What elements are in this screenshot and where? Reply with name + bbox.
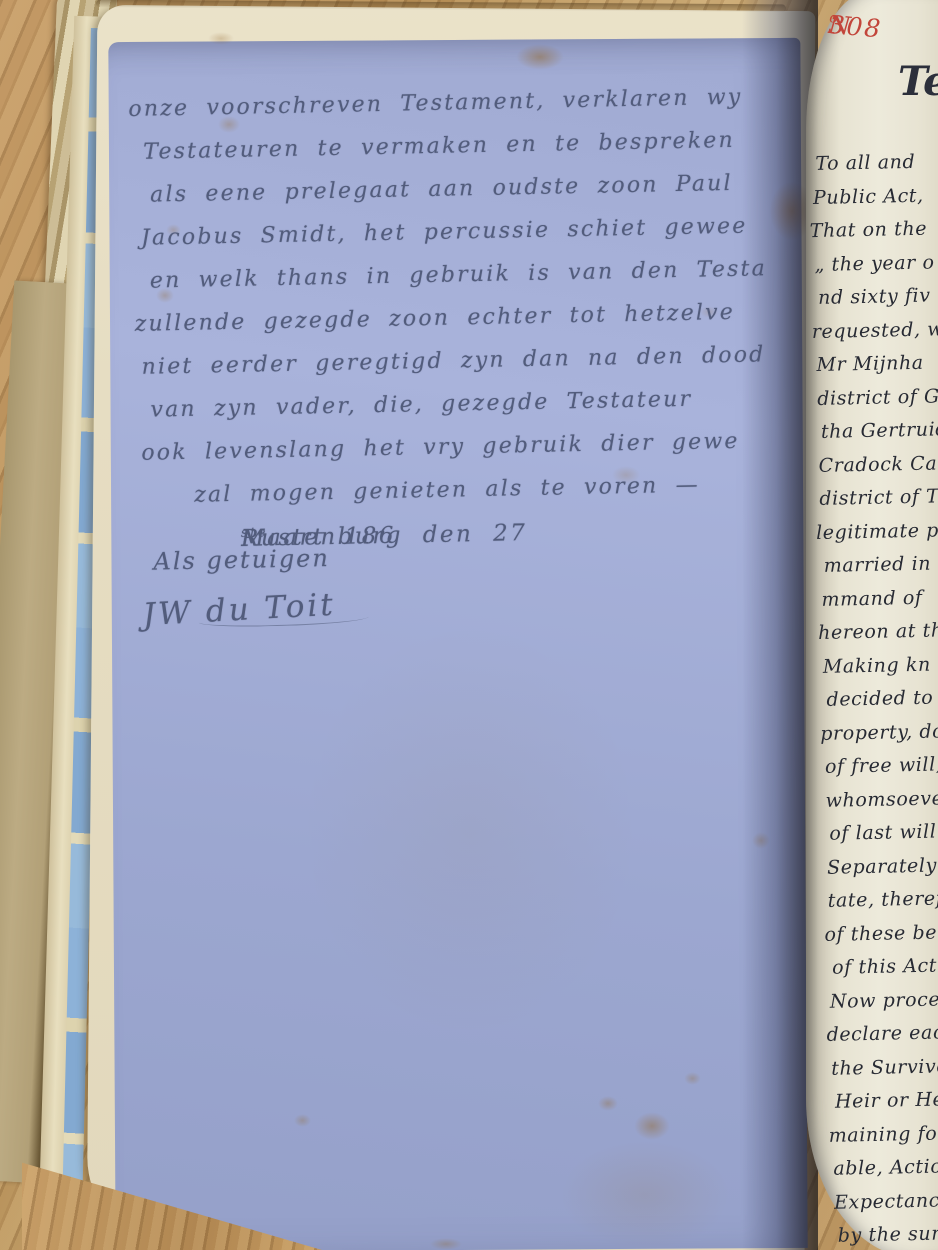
handwriting-line-fragment: Expectancies <box>834 1183 938 1220</box>
handwriting-line-fragment: district of T <box>819 479 938 516</box>
handwriting-line-fragment: of these be of <box>824 915 938 952</box>
handwriting-line-fragment: „ the year o <box>814 245 938 282</box>
folio-value: 308 <box>827 10 883 44</box>
handwriting-line-fragment: decided to dis <box>826 680 938 717</box>
handwriting-line-fragment: Now proceede <box>830 982 938 1019</box>
handwriting-line-fragment: Mr Mijnha <box>816 345 938 382</box>
handwriting-line-fragment: of free will, <box>825 747 938 784</box>
handwriting-line-fragment: maining fo <box>828 1116 938 1153</box>
right-page-heading-fragment: Te <box>898 58 938 105</box>
photo-scene: onze voorschreven Testament, verklaren w… <box>0 0 938 1250</box>
handwriting-line-fragment: mmand of <box>821 580 938 617</box>
date-line: Rustenburg den 27ste Maart 186 <box>241 515 797 526</box>
handwriting-line-fragment: the Survivor <box>831 1049 938 1086</box>
handwriting-line-fragment: tate, therefo <box>827 881 938 918</box>
handwriting-line-fragment: able, Actions <box>833 1149 938 1186</box>
dutch-text-block: onze voorschreven Testament, verklaren w… <box>128 75 799 629</box>
handwriting-line-fragment: nd sixty fiv <box>818 278 938 315</box>
handwriting-line-fragment: To all and <box>815 144 938 181</box>
handwriting-line-fragment: married in <box>823 546 938 583</box>
handwriting-line-fragment: tha Gertruid <box>821 412 938 449</box>
handwriting-line-fragment: That on the <box>809 211 938 248</box>
handwriting-line-fragment: of last will <box>829 814 938 851</box>
handwriting-line-fragment: declare each <box>826 1015 938 1052</box>
handwriting-line-fragment: Cradock Cape <box>818 446 938 483</box>
handwriting-line-fragment: Heir or Heirs <box>835 1082 938 1119</box>
handwriting-line-fragment: property, do <box>820 714 938 751</box>
handwriting-line-fragment: by the survi <box>837 1216 938 1250</box>
handwriting-line-fragment: Separately h <box>827 848 938 885</box>
dutch-text-lines: onze voorschreven Testament, verklaren w… <box>128 75 796 518</box>
handwriting-line-fragment: legitimate p <box>816 513 938 550</box>
right-page-text: To all andPublic Act,That on the„ the ye… <box>812 144 938 1250</box>
handwriting-line-fragment: district of Gr <box>817 379 938 416</box>
handwriting-line-fragment: Public Act, <box>813 178 938 215</box>
handwriting-line-fragment: of this Act <box>832 948 938 985</box>
handwriting-line-fragment: hereon at th <box>818 613 938 650</box>
handwriting-line-fragment: whomsoever, <box>825 781 938 818</box>
handwriting-line-fragment: Making kn <box>823 647 938 684</box>
handwriting-line-fragment: requested, we <box>812 312 938 349</box>
